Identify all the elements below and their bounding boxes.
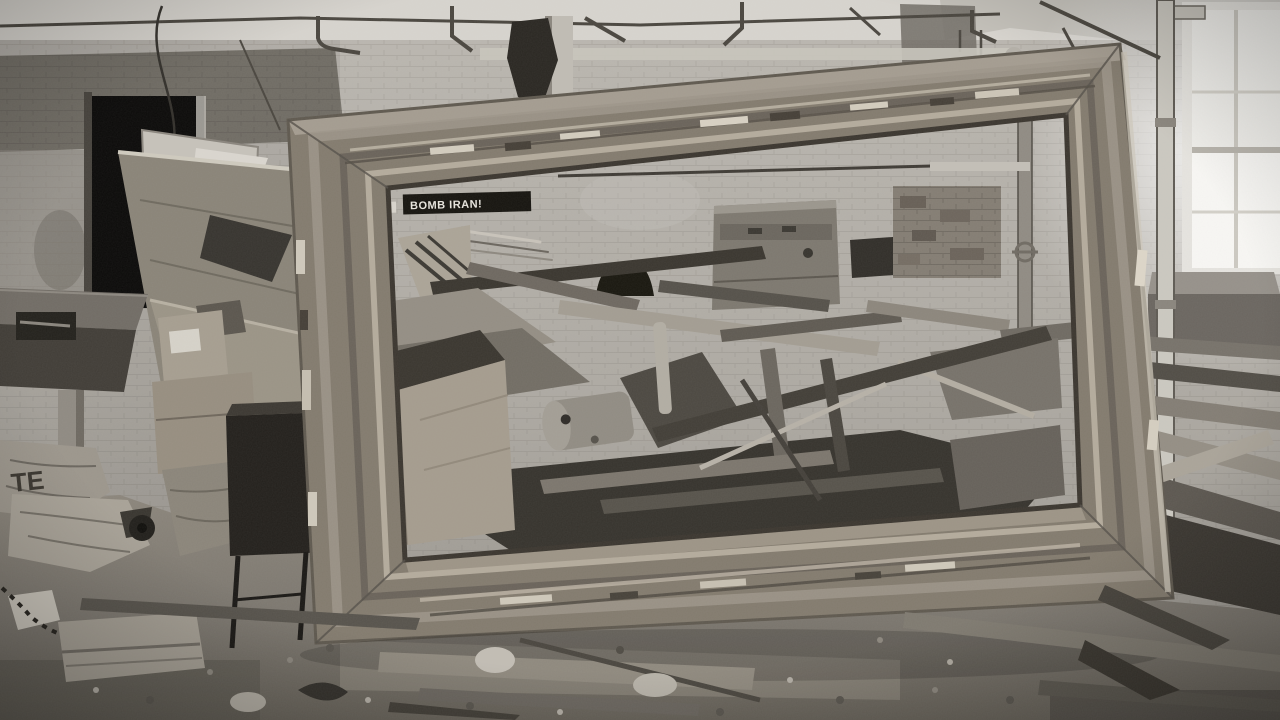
vignette-overlay bbox=[0, 0, 1280, 720]
photograph: Derelict industrial room filled with bro… bbox=[0, 0, 1280, 720]
photo-canvas: black-and-white photograph bbox=[0, 0, 1280, 720]
